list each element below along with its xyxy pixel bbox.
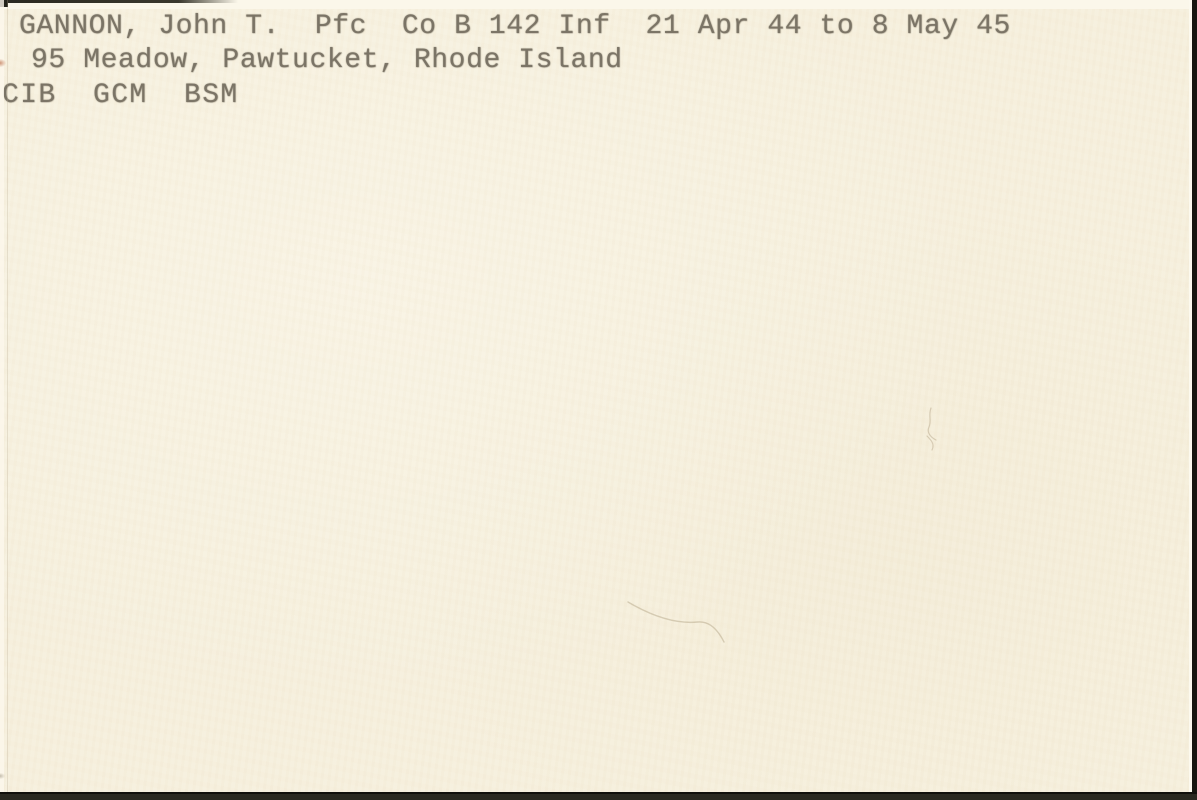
smudge-artifact — [905, 400, 965, 460]
decorations-line: CIB GCM BSM — [2, 80, 239, 111]
scan-edge-left-band — [0, 0, 4, 800]
scan-edge-right-black — [1192, 0, 1197, 800]
scan-edge-bottom-black — [0, 792, 1197, 800]
edge-speck-mark — [0, 773, 5, 779]
scanned-index-card: GANNON, John T. Pfc Co B 142 Inf 21 Apr … — [0, 0, 1197, 800]
soldier-name-service-line: GANNON, John T. Pfc Co B 142 Inf 21 Apr … — [19, 11, 1011, 42]
card-left-crease — [7, 0, 8, 800]
paper-fiber-artifact — [600, 580, 750, 660]
scan-edge-top-shadow — [0, 0, 238, 3]
home-address-line: 95 Meadow, Pawtucket, Rhode Island — [31, 45, 623, 76]
paper-texture — [0, 0, 1197, 800]
red-ink-edge-mark — [0, 59, 6, 67]
